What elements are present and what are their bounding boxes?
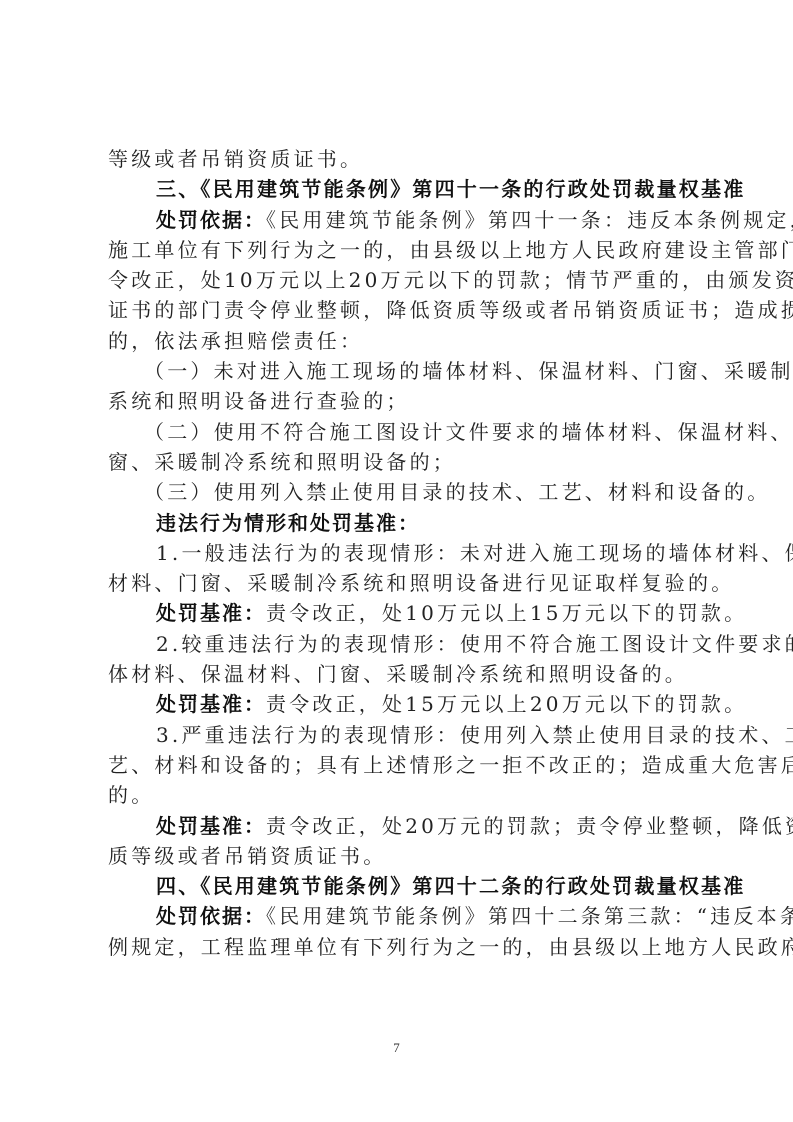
heading-text: 三、《民用建筑节能条例》第四十一条的行政处罚裁量权基准	[156, 177, 745, 201]
line-text: 施工单位有下列行为之一的，由县级以上地方人民政府建设主管部门责	[108, 238, 793, 262]
page-number: 7	[0, 1040, 793, 1056]
line-text: 《民用建筑节能条例》第四十二条第三款：“违反本条	[266, 904, 793, 928]
line-text: 责令改正，处10万元以上15万元以下的罚款。	[266, 601, 747, 625]
subheading: 违法行为情形和处罚基准：	[108, 508, 688, 538]
labeled-paragraph: 处罚依据：《民用建筑节能条例》第四十一条：违反本条例规定，	[108, 205, 688, 235]
labeled-paragraph: 处罚基准：责令改正，处20万元的罚款；责令停业整顿，降低资	[108, 811, 688, 841]
numbered-item: 3.严重违法行为的表现情形：使用列入禁止使用目录的技术、工	[108, 720, 688, 750]
line-text: 2.较重违法行为的表现情形：使用不符合施工图设计文件要求的墙	[156, 632, 793, 656]
line-text: 的。	[108, 783, 154, 807]
line-text: 质等级或者吊销资质证书。	[108, 844, 386, 868]
section-heading: 四、《民用建筑节能条例》第四十二条的行政处罚裁量权基准	[108, 871, 688, 901]
labeled-paragraph: 处罚基准：责令改正，处15万元以上20万元以下的罚款。	[108, 689, 688, 719]
line-text: 责令改正，处20万元的罚款；责令停业整顿，降低资	[266, 814, 793, 838]
label-text: 处罚依据：	[156, 904, 266, 928]
line-text: 证书的部门责令停业整顿，降低资质等级或者吊销资质证书；造成损失	[108, 298, 793, 322]
list-item: （一）未对进入施工现场的墙体材料、保温材料、门窗、采暖制冷	[108, 356, 688, 386]
numbered-item: 2.较重违法行为的表现情形：使用不符合施工图设计文件要求的墙	[108, 629, 688, 659]
text-line: 艺、材料和设备的；具有上述情形之一拒不改正的；造成重大危害后果	[108, 750, 688, 780]
text-line: 例规定，工程监理单位有下列行为之一的，由县级以上地方人民政府建	[108, 932, 688, 962]
line-text: 的，依法承担赔偿责任：	[108, 329, 363, 353]
line-text: 《民用建筑节能条例》第四十一条：违反本条例规定，	[266, 208, 793, 232]
section-heading: 三、《民用建筑节能条例》第四十一条的行政处罚裁量权基准	[108, 174, 688, 204]
heading-text: 四、《民用建筑节能条例》第四十二条的行政处罚裁量权基准	[156, 874, 745, 898]
line-text: （一）未对进入施工现场的墙体材料、保温材料、门窗、采暖制冷	[144, 359, 793, 383]
label-text: 处罚基准：	[156, 814, 266, 838]
text-line: 体材料、保温材料、门窗、采暖制冷系统和照明设备的。	[108, 659, 688, 689]
text-line: 材料、门窗、采暖制冷系统和照明设备进行见证取样复验的。	[108, 568, 688, 598]
line-text: 艺、材料和设备的；具有上述情形之一拒不改正的；造成重大危害后果	[108, 753, 793, 777]
text-line: 系统和照明设备进行查验的；	[108, 386, 688, 416]
line-text: （二）使用不符合施工图设计文件要求的墙体材料、保温材料、门	[144, 420, 793, 444]
label-text: 处罚基准：	[156, 601, 266, 625]
text-line: 的，依法承担赔偿责任：	[108, 326, 688, 356]
list-item: （三）使用列入禁止使用目录的技术、工艺、材料和设备的。	[108, 477, 688, 507]
label-text: 处罚基准：	[156, 692, 266, 716]
line-text: 3.严重违法行为的表现情形：使用列入禁止使用目录的技术、工	[156, 723, 793, 747]
labeled-paragraph: 处罚基准：责令改正，处10万元以上15万元以下的罚款。	[108, 598, 688, 628]
line-text: 令改正，处10万元以上20万元以下的罚款；情节严重的，由颁发资质	[108, 268, 793, 292]
line-text: 等级或者吊销资质证书。	[108, 147, 363, 171]
subheading-text: 违法行为情形和处罚基准：	[156, 511, 420, 535]
line-text: 系统和照明设备进行查验的；	[108, 389, 410, 413]
line-text: 材料、门窗、采暖制冷系统和照明设备进行见证取样复验的。	[108, 571, 734, 595]
line-text: 例规定，工程监理单位有下列行为之一的，由县级以上地方人民政府建	[108, 935, 793, 959]
text-line: 施工单位有下列行为之一的，由县级以上地方人民政府建设主管部门责	[108, 235, 688, 265]
label-text: 处罚依据：	[156, 208, 266, 232]
text-line: 令改正，处10万元以上20万元以下的罚款；情节严重的，由颁发资质	[108, 265, 688, 295]
labeled-paragraph: 处罚依据：《民用建筑节能条例》第四十二条第三款：“违反本条	[108, 901, 688, 931]
line-text: 窗、采暖制冷系统和照明设备的；	[108, 450, 456, 474]
document-page: 等级或者吊销资质证书。 三、《民用建筑节能条例》第四十一条的行政处罚裁量权基准 …	[108, 144, 688, 962]
line-text: （三）使用列入禁止使用目录的技术、工艺、材料和设备的。	[144, 480, 770, 504]
text-line: 等级或者吊销资质证书。	[108, 144, 688, 174]
text-line: 的。	[108, 780, 688, 810]
text-line: 证书的部门责令停业整顿，降低资质等级或者吊销资质证书；造成损失	[108, 295, 688, 325]
text-line: 质等级或者吊销资质证书。	[108, 841, 688, 871]
list-item: （二）使用不符合施工图设计文件要求的墙体材料、保温材料、门	[108, 417, 688, 447]
line-text: 责令改正，处15万元以上20万元以下的罚款。	[266, 692, 747, 716]
text-line: 窗、采暖制冷系统和照明设备的；	[108, 447, 688, 477]
line-text: 体材料、保温材料、门窗、采暖制冷系统和照明设备的。	[108, 662, 688, 686]
line-text: 1.一般违法行为的表现情形：未对进入施工现场的墙体材料、保温	[156, 541, 793, 565]
numbered-item: 1.一般违法行为的表现情形：未对进入施工现场的墙体材料、保温	[108, 538, 688, 568]
